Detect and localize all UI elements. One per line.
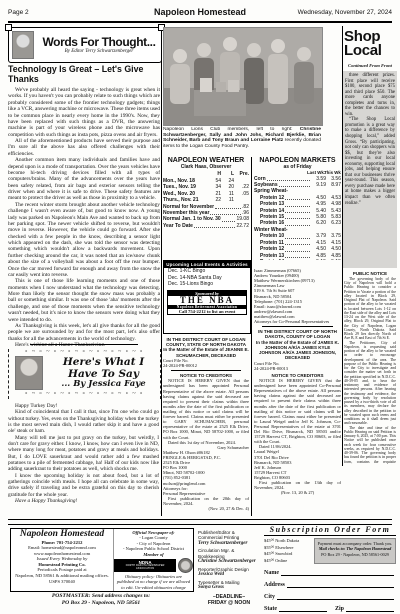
staff-name: Terry Schwartzenberger	[198, 541, 260, 547]
shop-local-continued-text: three different prizes. First place will…	[343, 71, 397, 268]
weather-table: NAPOLEON WEATHER Clark Haas, Observer H …	[163, 157, 249, 253]
group-photo-graphic	[164, 28, 322, 125]
official-item: - Napoleon Public School District	[114, 546, 193, 551]
first-publication: First publication on the 20th day of Nov…	[163, 496, 249, 506]
caption-text: Napoleon Lions Club members, left to rig…	[163, 127, 300, 132]
article-paragraph: We've probably all heard the saying - te…	[8, 87, 160, 138]
article-headline: Technology Is Great – Let's Give Thanks	[8, 64, 160, 84]
masthead-box: Napoleon Homestead Phone: 701-754-2212 E…	[10, 528, 194, 592]
editor-headshot-photo	[12, 31, 34, 59]
column-paragraph: Kind of coincidental that I call it that…	[8, 409, 159, 434]
publication-dates: (Nov. 13, 20 & 27)	[254, 490, 341, 495]
zip-blank-line	[346, 605, 394, 612]
price-option: $45⁰⁰ North Dakota	[264, 538, 314, 545]
subscription-form-title: Subscription Order Form	[264, 525, 396, 536]
payment-instructions: Payment must accompany order. Thank you.…	[314, 538, 396, 564]
postmaster-note: POSTMASTER: Send address changes to: PO …	[10, 593, 192, 607]
city-field: City	[264, 593, 396, 600]
court-header: IN THE DISTRICT COURT OF NORTH DAKOTA, C…	[254, 329, 341, 339]
legal-notice-johnson: Isaac Zimmerman (07665) Andrew Younker (…	[254, 268, 341, 518]
city-blank-line	[277, 593, 394, 600]
address-field: Address	[264, 581, 396, 588]
legal-notice-schumacher: IN THE DISTRICT COURT OF LOGAN COUNTY, S…	[163, 337, 249, 518]
article-paragraph: As Thanksgiving is this week, let's all …	[8, 323, 160, 342]
words-for-thought-header: Words For Thought... By Editor Terry Sch…	[8, 27, 162, 63]
staff-role: Circulation Mgr. & Bookkeeping	[198, 548, 260, 559]
markets-title: NAPOLEON MARKETS	[254, 157, 341, 164]
article-end-rule	[30, 344, 138, 345]
column-title: Here's What I Have To Say	[47, 356, 160, 380]
state-zip-field: StateZip	[264, 605, 396, 612]
weather-summary-row: Year To Date22.72	[163, 223, 249, 229]
staff-role: Publisher/Editor & Commercial Printing	[198, 530, 260, 541]
weather-title: NAPOLEON WEATHER	[163, 157, 249, 164]
public-notice-paragraph: The date and time of the Public Hearing …	[344, 426, 396, 464]
sponsor-box: Sponsored by THE NBA Napoleon Betterment…	[167, 290, 247, 315]
subscription-order-form: Subscription Order Form $45⁰⁰ North Dako…	[264, 525, 396, 612]
continued-from-front-label: Continued From Front	[344, 63, 396, 68]
lions-club-photo	[163, 27, 323, 126]
deadline-value: FRIDAY @ NOON	[198, 600, 260, 606]
column-title: Words For Thought...	[37, 36, 161, 48]
name-field: Name	[264, 569, 396, 576]
column-paragraph: Have a Happy Thanksgiving!	[8, 498, 159, 504]
obituary-policy-note: Obituary policy: Obituaries are publishe…	[114, 573, 193, 592]
staff-name: Jessica Weld	[198, 572, 260, 578]
market-row: Protein 145.155.15	[254, 259, 341, 260]
article-paragraph: This is one of those life learning momen…	[8, 278, 160, 323]
staff-name: Sonya Gross	[198, 585, 260, 591]
court-file-no: 24-2024-PR-00012	[163, 363, 249, 368]
markets-table: NAPOLEON MARKETS as of Friday Last Wk.Th…	[254, 157, 341, 260]
price-option: $55⁰⁰ Elsewhere	[264, 545, 314, 552]
address-blank-line	[287, 581, 394, 588]
divider	[262, 326, 333, 327]
shop-local-paragraph: “The Shop Local promotion is a great way…	[345, 117, 395, 206]
staff-list: Publisher/Editor & Commercial Printing T…	[198, 528, 260, 612]
columnist-headshot-photo	[15, 356, 43, 390]
jessica-faye-header: ▫ ~ ▫ ~ ▫ ~ ▫ ~ ▫ ~ ▫ ~ ▫ ~ ▫ ~ ▫ Here's…	[8, 349, 161, 399]
estate-matter: In the Matter of the Estate of JAMES K. …	[254, 340, 341, 361]
sponsor-call: Call 754-2212 to list an event	[168, 309, 246, 314]
association-seal-icon	[178, 558, 193, 573]
public-notice-paragraph: The Petitioner, City of Napoleon, is req…	[344, 341, 396, 426]
ndna-logo: NDNANORTH DAKOTA NEWSPAPER ASSOCIATION	[114, 558, 193, 573]
court-file-no: 24-2024-PR-00013	[254, 366, 341, 371]
ornament-border-top: ▫ ~ ▫ ~ ▫ ~ ▫ ~ ▫ ~ ▫ ~ ▫ ~ ▫ ~ ▫	[9, 349, 160, 355]
estate-matter: In the Matter of the Estate of JEANNE E.…	[163, 347, 249, 357]
column-rule	[251, 157, 252, 516]
column-paragraph: Many will tell me just to put gravy on t…	[8, 435, 159, 473]
shop-local-headline: Shop Local	[344, 30, 396, 59]
weather-observer: Clark Haas, Observer	[163, 164, 249, 170]
column-byline: By Editor Terry Schwartzenberger	[37, 49, 161, 54]
attorney-line: Attorneys for Co-Personal Representative…	[254, 319, 341, 324]
editorial-article: Technology Is Great – Let's Give Thanks …	[8, 64, 160, 346]
subscription-prices: $45⁰⁰ North Dakota $55⁰⁰ Elsewhere $45⁰⁰…	[264, 538, 314, 564]
event-item: Dec. 15-Lions Bingo	[164, 281, 250, 288]
public-notice-paragraph: The governing body of the City of Napole…	[344, 277, 396, 341]
photo-caption: Napoleon Lions Club members, left to rig…	[163, 127, 321, 155]
price-option: $45⁰⁰ Online	[264, 558, 314, 565]
ornament-border-bottom: ▫ ~ ▫ ~ ▫ ~ ▫ ~ ▫ ~ ▫ ~ ▫ ~ ▫ ~ ▫	[9, 391, 160, 397]
issue-date: Wednesday, November 27, 2024	[298, 9, 392, 16]
staff-name: Christine Schwartzenberger	[198, 559, 260, 565]
first-publication: First publication on the 13th day of Nov…	[254, 480, 341, 490]
notice-body: NOTICE IS HEREBY GIVEN that the undersig…	[254, 378, 341, 444]
column-byline: ... By Jessica Faye	[47, 380, 160, 390]
jessica-faye-column: Happy Turkey Day! Kind of coincidental t…	[8, 403, 159, 515]
name-blank-line	[281, 569, 394, 576]
publication-dates: (Nov. 20, 27 & Dec. 4)	[163, 506, 249, 511]
article-paragraph: All of the aforementioned products have …	[8, 138, 160, 157]
article-paragraph: Another common item many individuals and…	[8, 157, 160, 202]
events-box: Upcoming Local Events & Activities Dec. …	[163, 260, 251, 334]
masthead-postage: Napoleon, ND 58561 & additional mailing …	[11, 573, 113, 579]
column-paragraph: I know the upcoming holiday is not about…	[8, 473, 159, 498]
divider	[171, 370, 241, 371]
article-paragraph: The recent winter storm brought about an…	[8, 202, 160, 279]
newspaper-page: Page 2 Napoleon Homestead Wednesday, Nov…	[0, 0, 400, 614]
sponsor-name: THE NBA	[168, 296, 246, 305]
price-option: $45⁰⁰ Snowbird	[264, 551, 314, 558]
member-of-label: Member of	[114, 552, 193, 557]
header-rule	[8, 21, 392, 23]
events-box-title: Upcoming Local Events & Activities	[164, 261, 250, 268]
page-header: Page 2 Napoleon Homestead Wednesday, Nov…	[8, 8, 392, 20]
notice-body: NOTICE IS HEREBY GIVEN that the undersig…	[163, 378, 249, 439]
column-rule	[161, 26, 162, 516]
state-blank-line	[279, 605, 327, 612]
masthead-usps: USPS 370040	[11, 579, 113, 585]
masthead-paper-name: Napoleon Homestead	[11, 530, 113, 540]
shop-local-paragraph: three different prizes. First place will…	[345, 73, 395, 117]
court-header: IN THE DISTRICT COURT OF LOGAN COUNTY, S…	[163, 337, 249, 347]
public-notice: PUBLIC NOTICE The governing body of the …	[344, 272, 396, 464]
